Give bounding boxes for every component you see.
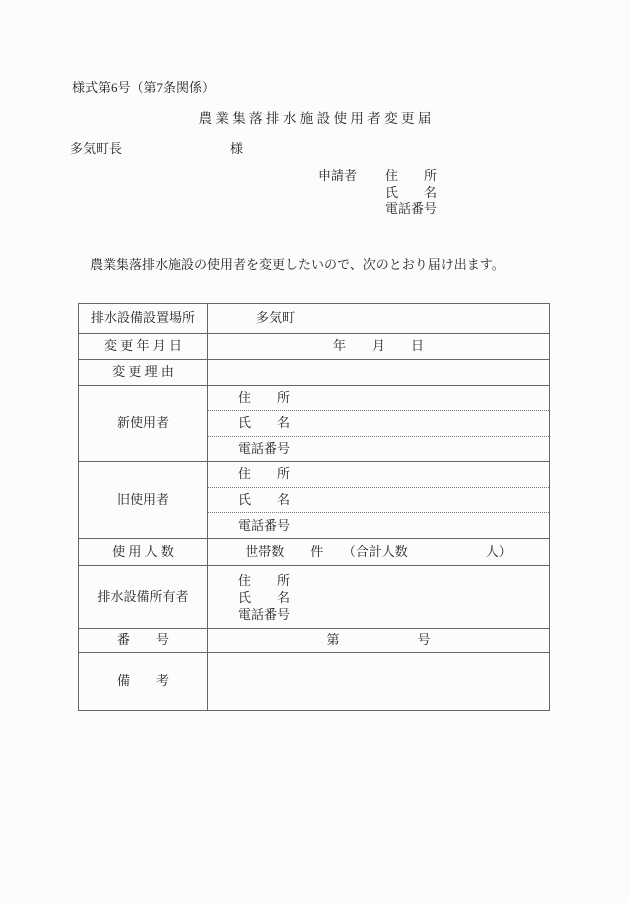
table-row-old-user: 旧使用者 住 所 氏 名 電話番号 <box>79 461 549 538</box>
applicant-label: 申請者 <box>318 168 357 218</box>
row-fields: 住 所 氏 名 電話番号 <box>208 386 549 461</box>
table-row-remarks: 備 考 <box>79 652 549 710</box>
table-row-user-count: 使 用 人 数 世帯数 件 （合計人数 人） <box>79 538 549 565</box>
form-table: 排水設備設置場所 多気町 変 更 年 月 日 年 月 日 変 更 理 由 新使用… <box>78 303 550 711</box>
intro-text: 農業集落排水施設の使用者を変更したいので、次のとおり届け出ます。 <box>90 257 505 273</box>
document-title: 農 業 集 落 排 水 施 設 使 用 者 変 更 届 <box>0 111 630 128</box>
row-label: 備 考 <box>79 653 208 710</box>
owner-address-label: 住 所 <box>208 572 549 589</box>
row-label: 変 更 理 由 <box>79 360 208 385</box>
table-row-equipment-owner: 排水設備所有者 住 所 氏 名 電話番号 <box>79 565 549 628</box>
document-page: 様式第6号（第7条関係） 農 業 集 落 排 水 施 設 使 用 者 変 更 届… <box>0 0 630 903</box>
row-fields: 住 所 氏 名 電話番号 <box>208 462 549 538</box>
applicant-phone-label: 電話番号 <box>385 201 437 218</box>
row-label: 番 号 <box>79 629 208 652</box>
row-value: 年 月 日 <box>208 334 549 359</box>
new-user-name-label: 氏 名 <box>208 411 549 436</box>
owner-name-label: 氏 名 <box>208 589 549 606</box>
table-row-number: 番 号 第 号 <box>79 628 549 652</box>
table-row-change-date: 変 更 年 月 日 年 月 日 <box>79 333 549 359</box>
row-label: 新使用者 <box>79 386 208 461</box>
table-row-installation-place: 排水設備設置場所 多気町 <box>79 304 549 333</box>
row-value <box>208 653 549 710</box>
row-label: 排水設備所有者 <box>79 566 208 628</box>
applicant-fields: 住 所 氏 名 電話番号 <box>385 168 437 218</box>
new-user-phone-label: 電話番号 <box>208 437 549 461</box>
row-label: 使 用 人 数 <box>79 539 208 565</box>
old-user-address-label: 住 所 <box>208 462 549 488</box>
applicant-name-label: 氏 名 <box>385 185 437 202</box>
addressee: 多気町長 <box>70 141 122 157</box>
row-label: 旧使用者 <box>79 462 208 538</box>
applicant-address-label: 住 所 <box>385 168 437 185</box>
applicant-block: 申請者 住 所 氏 名 電話番号 <box>318 168 437 218</box>
table-row-change-reason: 変 更 理 由 <box>79 359 549 385</box>
old-user-name-label: 氏 名 <box>208 488 549 514</box>
row-label: 変 更 年 月 日 <box>79 334 208 359</box>
row-value: 世帯数 件 （合計人数 人） <box>208 539 549 565</box>
row-label: 排水設備設置場所 <box>79 304 208 333</box>
table-row-new-user: 新使用者 住 所 氏 名 電話番号 <box>79 385 549 461</box>
new-user-address-label: 住 所 <box>208 386 549 411</box>
addressee-honorific: 様 <box>230 141 243 157</box>
row-value <box>208 360 549 385</box>
old-user-phone-label: 電話番号 <box>208 513 549 538</box>
row-fields: 住 所 氏 名 電話番号 <box>208 566 549 628</box>
row-value: 第 号 <box>208 629 549 652</box>
row-value: 多気町 <box>208 304 549 333</box>
owner-phone-label: 電話番号 <box>208 606 549 623</box>
form-number: 様式第6号（第7条関係） <box>72 80 215 96</box>
